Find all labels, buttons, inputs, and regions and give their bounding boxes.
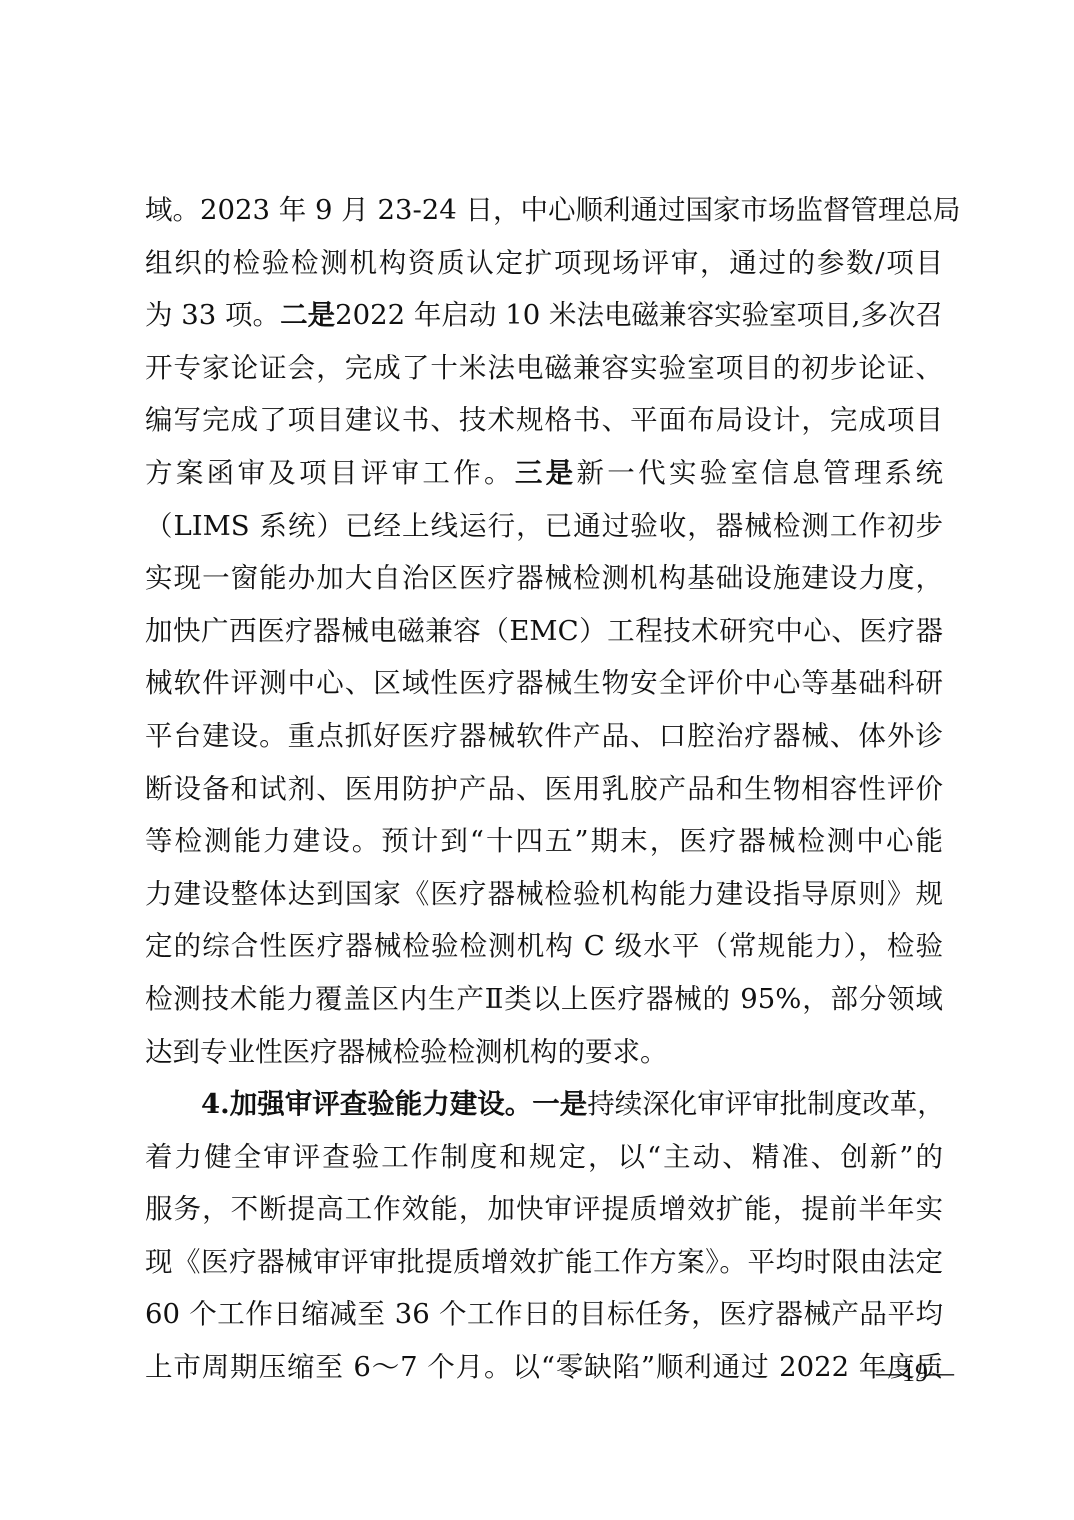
text-line-8: 实现一窗能办加大自治区医疗器械检测机构基础设施建设力度，: [145, 552, 943, 605]
text-segment: 服务，不断提高工作效能，加快审评提质增效扩能，提前半年实: [145, 1193, 943, 1225]
text-segment: 方案函审及项目评审工作。: [145, 457, 515, 489]
text-segment: 实现一窗能办加大自治区医疗器械检测机构基础设施建设力度，: [145, 562, 943, 594]
text-segment: 60 个工作日缩减至 36 个工作日的目标任务，医疗器械产品平均: [145, 1298, 943, 1330]
page-number: —19—: [870, 1358, 960, 1388]
bold-lead-phrase: 二是: [280, 299, 335, 331]
text-line-13: 等检测能力建设。预计到“十四五”期末，医疗器械检测中心能: [145, 815, 943, 868]
text-segment: 断设备和试剂、医用防护产品、医用乳胶产品和生物相容性评价: [145, 773, 943, 805]
bold-lead-phrase: 三是: [515, 457, 577, 489]
bold-lead-phrase: 一是: [532, 1088, 587, 1120]
text-line-21: 现《医疗器械审评审批提质增效扩能工作方案》。平均时限由法定: [145, 1236, 943, 1289]
text-segment: 为 33 项。: [145, 299, 280, 331]
text-line-15: 定的综合性医疗器械检验检测机构 C 级水平（常规能力），检验: [145, 920, 943, 973]
document-page: 域。2023 年 9 月 23-24 日，中心顺利通过国家市场监督管理总局 组织…: [0, 0, 1074, 1520]
text-segment: 上市周期压缩至 6～7 个月。以“零缺陷”顺利通过 2022 年度质: [145, 1351, 943, 1383]
text-line-16: 检测技术能力覆盖区内生产Ⅱ类以上医疗器械的 95%，部分领域: [145, 973, 943, 1026]
text-segment: 等检测能力建设。预计到“十四五”期末，医疗器械检测中心能: [145, 825, 943, 857]
text-segment: 力建设整体达到国家《医疗器械检验机构能力建设指导原则》规: [145, 878, 943, 910]
text-segment: 加快广西医疗器械电磁兼容（EMC）工程技术研究中心、医疗器: [145, 615, 943, 647]
text-line-2: 组织的检验检测机构资质认定扩项现场评审，通过的参数/项目: [145, 237, 943, 290]
text-line-6: 方案函审及项目评审工作。三是新一代实验室信息管理系统: [145, 447, 943, 500]
text-segment: 达到专业性医疗器械检验检测机构的要求。: [145, 1036, 668, 1068]
text-line-11: 平台建设。重点抓好医疗器械软件产品、口腔治疗器械、体外诊: [145, 710, 943, 763]
text-segment: 定的综合性医疗器械检验检测机构 C 级水平（常规能力），检验: [145, 930, 943, 962]
text-line-7: （LIMS 系统）已经上线运行，已通过验收，器械检测工作初步: [145, 500, 943, 553]
text-line-14: 力建设整体达到国家《医疗器械检验机构能力建设指导原则》规: [145, 868, 943, 921]
text-line-5: 编写完成了项目建议书、技术规格书、平面布局设计，完成项目: [145, 394, 943, 447]
text-segment: 域。2023 年 9 月 23-24 日，中心顺利通过国家市场监督管理总局: [145, 194, 960, 226]
text-line-19: 着力健全审评查验工作制度和规定，以“主动、精准、创新”的: [145, 1131, 943, 1184]
text-line-12: 断设备和试剂、医用防护产品、医用乳胶产品和生物相容性评价: [145, 763, 943, 816]
text-segment: 械软件评测中心、区域性医疗器械生物安全评价中心等基础科研: [145, 667, 943, 699]
text-line-3: 为 33 项。二是2022 年启动 10 米法电磁兼容实验室项目,多次召: [145, 289, 943, 342]
text-line-1: 域。2023 年 9 月 23-24 日，中心顺利通过国家市场监督管理总局: [145, 184, 943, 237]
section-heading-line: 4.加强审评查验能力建设。一是持续深化审评审批制度改革，: [145, 1078, 943, 1131]
text-line-23: 上市周期压缩至 6～7 个月。以“零缺陷”顺利通过 2022 年度质: [145, 1341, 943, 1394]
text-segment: 检测技术能力覆盖区内生产Ⅱ类以上医疗器械的 95%，部分领域: [145, 983, 943, 1015]
text-line-20: 服务，不断提高工作效能，加快审评提质增效扩能，提前半年实: [145, 1183, 943, 1236]
body-text: 域。2023 年 9 月 23-24 日，中心顺利通过国家市场监督管理总局 组织…: [145, 184, 943, 1394]
text-segment: 着力健全审评查验工作制度和规定，以“主动、精准、创新”的: [145, 1141, 943, 1173]
text-segment: 新一代实验室信息管理系统: [576, 457, 943, 489]
text-segment: 平台建设。重点抓好医疗器械软件产品、口腔治疗器械、体外诊: [145, 720, 943, 752]
text-line-22: 60 个工作日缩减至 36 个工作日的目标任务，医疗器械产品平均: [145, 1288, 943, 1341]
text-line-17: 达到专业性医疗器械检验检测机构的要求。: [145, 1026, 943, 1079]
text-segment: 2022 年启动 10 米法电磁兼容实验室项目,多次召: [335, 299, 943, 331]
text-line-10: 械软件评测中心、区域性医疗器械生物安全评价中心等基础科研: [145, 657, 943, 710]
text-segment: 编写完成了项目建议书、技术规格书、平面布局设计，完成项目: [145, 404, 943, 436]
section-heading: 4.加强审评查验能力建设。: [201, 1088, 532, 1120]
text-segment: （LIMS 系统）已经上线运行，已通过验收，器械检测工作初步: [145, 510, 943, 542]
text-segment: 现《医疗器械审评审批提质增效扩能工作方案》。平均时限由法定: [145, 1246, 943, 1278]
text-segment: 开专家论证会，完成了十米法电磁兼容实验室项目的初步论证、: [145, 352, 943, 384]
text-segment: 持续深化审评审批制度改革，: [587, 1088, 945, 1120]
text-segment: 组织的检验检测机构资质认定扩项现场评审，通过的参数/项目: [145, 247, 943, 279]
text-line-9: 加快广西医疗器械电磁兼容（EMC）工程技术研究中心、医疗器: [145, 605, 943, 658]
text-line-4: 开专家论证会，完成了十米法电磁兼容实验室项目的初步论证、: [145, 342, 943, 395]
